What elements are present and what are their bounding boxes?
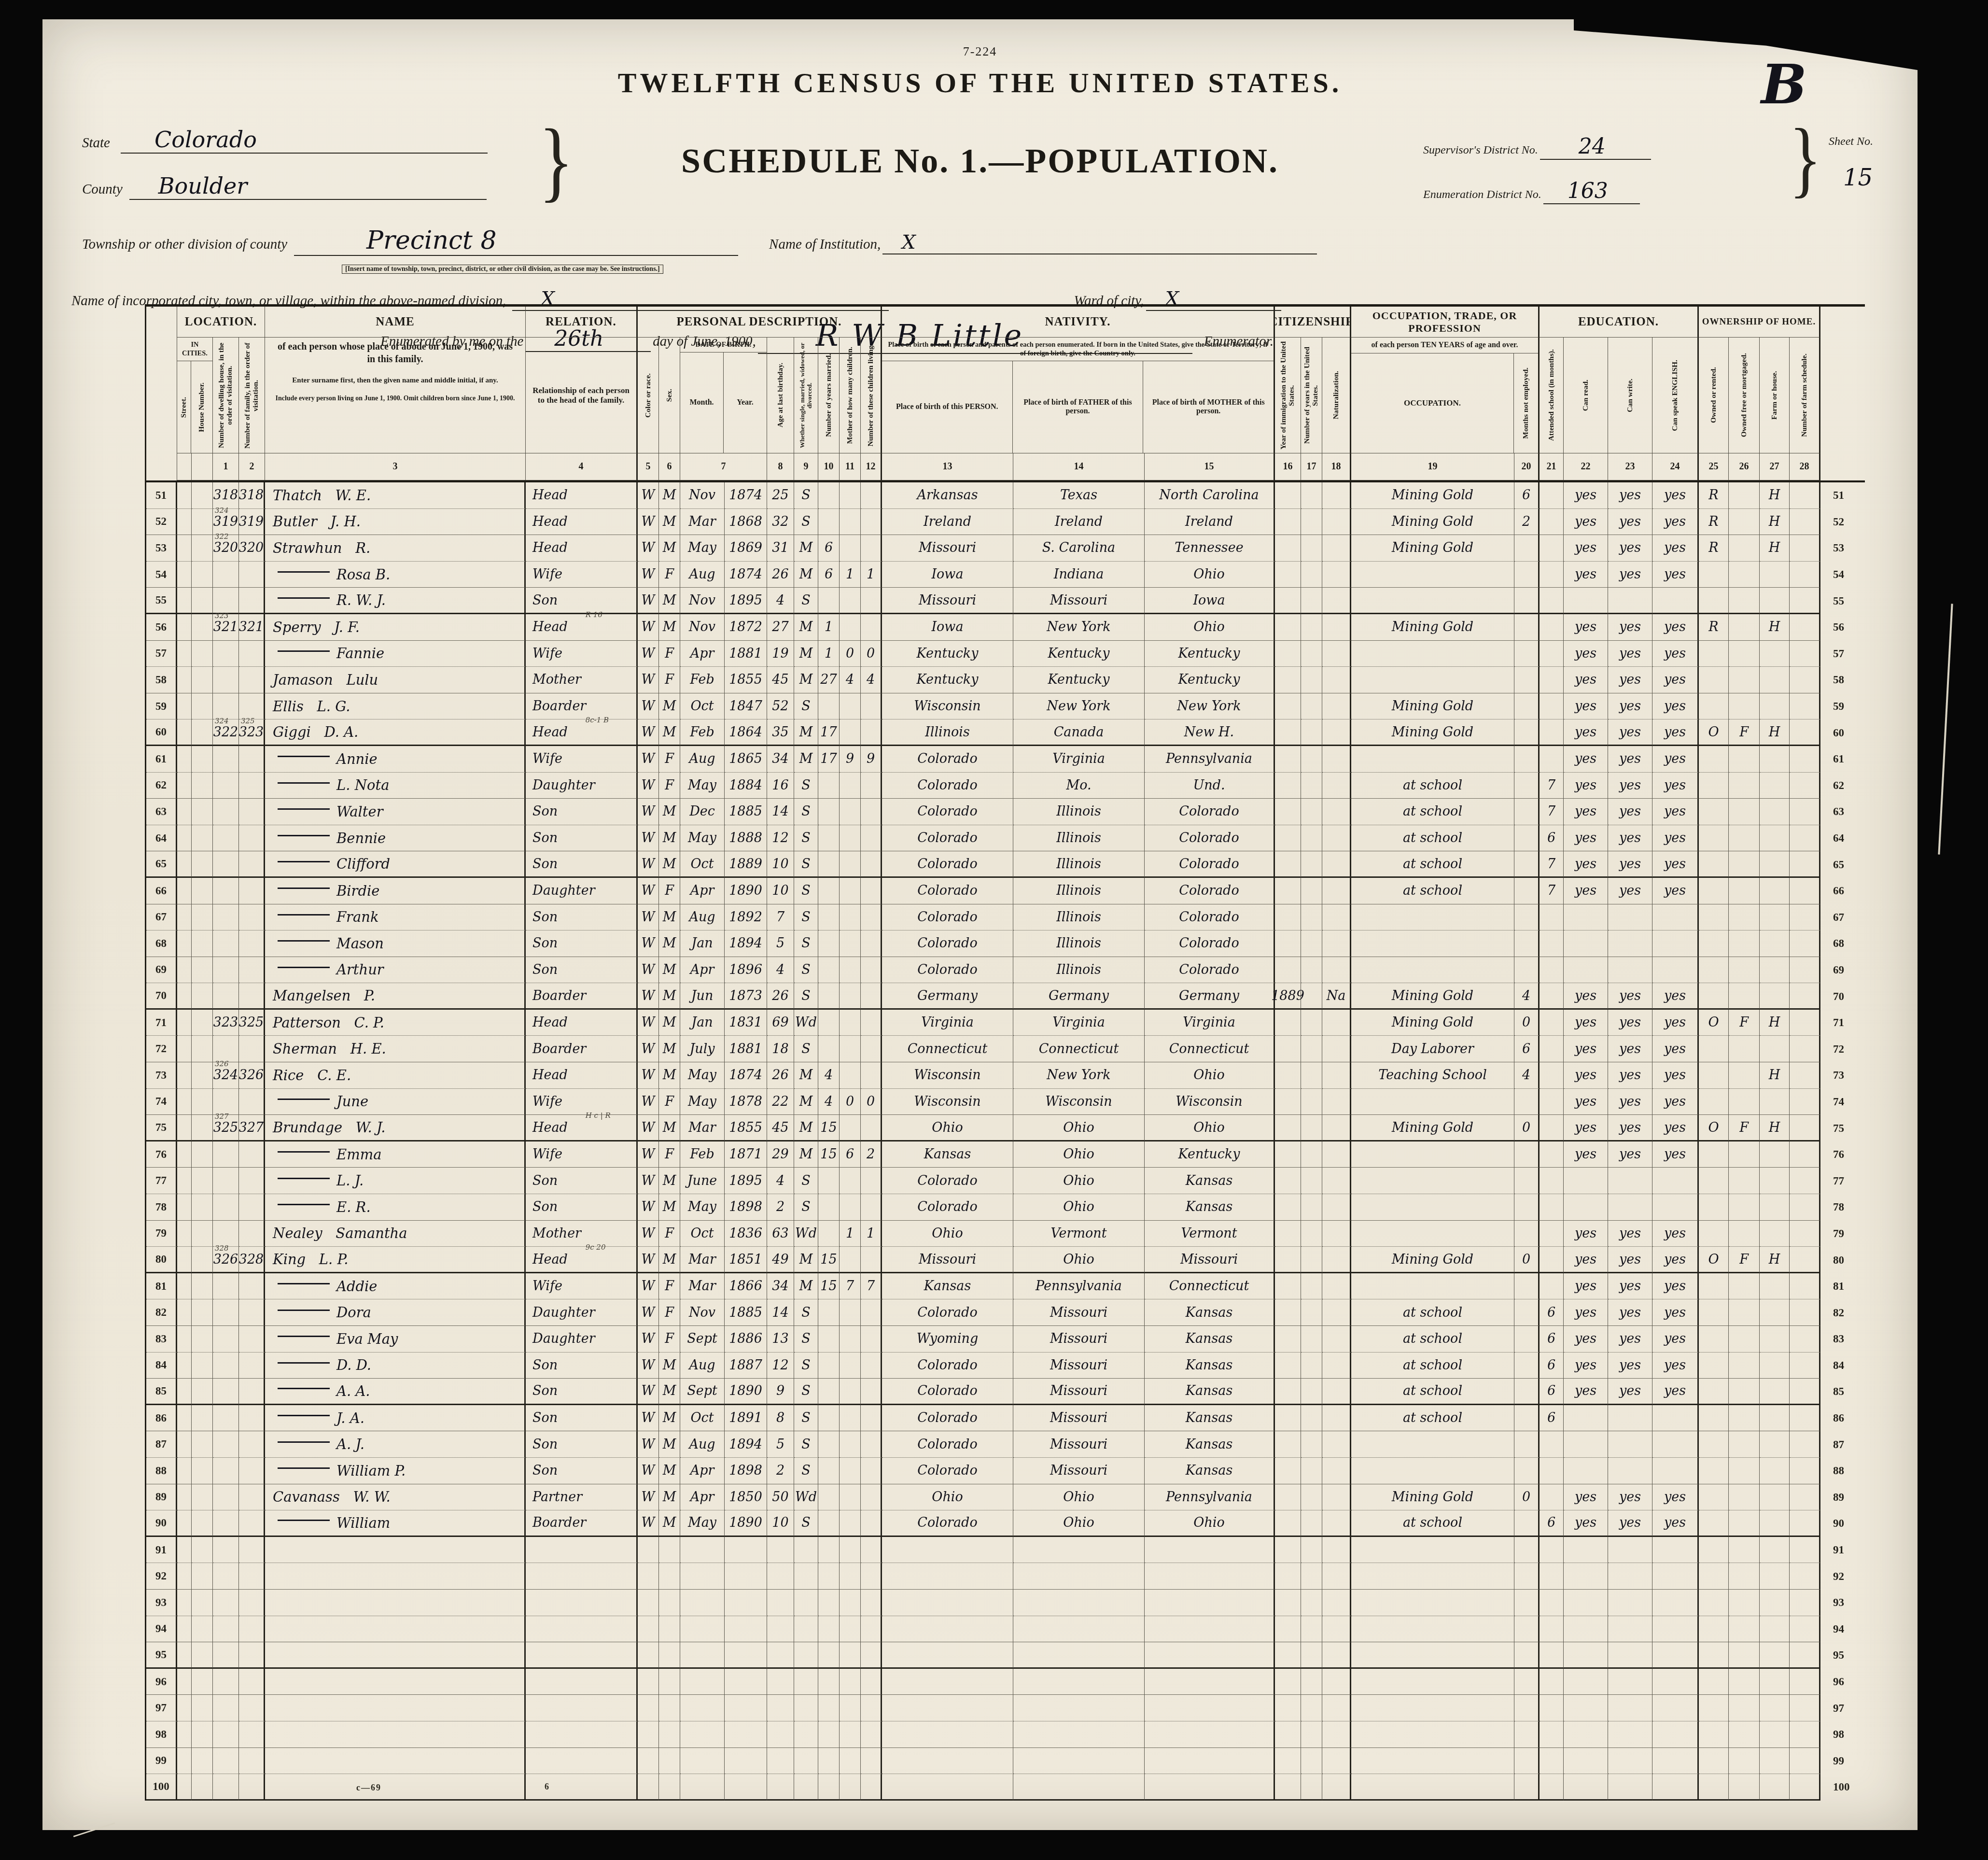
cell-by: 1847 [725,693,767,720]
col-group-personal: PERSONAL DESCRIPTION. [638,307,882,338]
cell-na [1322,1405,1351,1432]
ditto-dash [278,1388,330,1389]
cell-sc [1540,1642,1564,1669]
row-number-right: 65 [1820,851,1865,878]
cell-ym [818,1194,840,1221]
cell-sc: 7 [1540,878,1564,904]
cell-ow [1699,1299,1729,1326]
cell-by [725,1563,767,1590]
cell-dw [213,1221,239,1247]
cell-oc [1351,1089,1514,1115]
cell-im [1275,930,1301,957]
cell-fh [1760,799,1790,825]
cell-fs [1790,1748,1820,1775]
cell-name [265,1642,526,1669]
cell-pb: Illinois [882,719,1013,746]
cell-na [1322,1379,1351,1405]
cell-ch [840,1748,861,1775]
cell-ch [840,1326,861,1353]
cell-pf [1013,1537,1145,1564]
cell-en: yes [1652,878,1699,904]
cell-oc [1351,1431,1514,1458]
cell-dw [213,562,239,588]
cell-bm: June [680,1168,725,1194]
cell-ue [1514,930,1540,957]
cell-name: Eva May [265,1326,526,1353]
cell-rel: Son [526,904,638,931]
cell-c: W [638,773,659,799]
row-number-left: 60 [146,719,177,746]
cell-by: 1831 [725,1010,767,1036]
cell-c: W [638,1431,659,1458]
cell-rd: yes [1564,746,1608,773]
cell-hn [192,535,213,562]
cell-na [1322,1089,1351,1115]
cell-fs [1790,1616,1820,1643]
cell-yu [1301,983,1322,1010]
cell-st [177,773,192,799]
cell-na [1322,799,1351,825]
cell-na [1322,693,1351,720]
cell-im [1275,1431,1301,1458]
cell-oc: Mining Gold [1351,1115,1514,1141]
cell-rel [526,1563,638,1590]
cell-rd: yes [1564,482,1608,509]
cell-name: E. R. [265,1194,526,1221]
row-number-right: 51 [1820,482,1865,509]
cell-hn [192,1537,213,1564]
cell-hn [192,1141,213,1168]
table-row: 9494 [146,1616,1865,1643]
cell-oc [1351,1616,1514,1643]
cell-ow: R [1699,614,1729,641]
cell-im [1275,1115,1301,1141]
cell-pm: Wisconsin [1145,1089,1275,1115]
table-row: 79Nealey SamanthaMotherWFOct183663Wd11Oh… [146,1221,1865,1247]
cell-oc [1351,1194,1514,1221]
cell-im [1275,1563,1301,1590]
cell-ch [840,1669,861,1695]
cell-m: S [794,1458,818,1484]
cell-fh [1760,1326,1790,1353]
table-row: 66BirdieDaughterWFApr189010SColoradoIlli… [146,878,1865,904]
cell-na [1322,509,1351,535]
cell-ue [1514,1194,1540,1221]
cell-lv [861,693,882,720]
cell-yu [1301,1141,1322,1168]
row-number-left: 88 [146,1458,177,1484]
col-group-occupation: OCCUPATION, TRADE, OR PROFESSION [1351,307,1540,338]
cell-ow [1699,1405,1729,1432]
cell-oc [1351,1168,1514,1194]
cell-fh [1760,1616,1790,1643]
cell-dw [213,930,239,957]
cell-en: yes [1652,482,1699,509]
cell-fr [1729,957,1760,984]
cell-fm: 326 [239,1062,265,1089]
cell-bm: Nov [680,614,725,641]
row-number-right: 100 [1820,1774,1865,1801]
cell-bm: Jun [680,983,725,1010]
cell-bm: Oct [680,851,725,878]
cell-ow [1699,825,1729,852]
cell-lv [861,1537,882,1564]
cell-fr: F [1729,719,1760,746]
cell-lv [861,1590,882,1616]
cell-by: 1871 [725,1141,767,1168]
cell-c: W [638,1194,659,1221]
cell-sc [1540,1669,1564,1695]
cell-fh: H [1760,1010,1790,1036]
cell-dw [213,1695,239,1721]
cell-fm [239,641,265,667]
cell-pb: Colorado [882,1379,1013,1405]
row-number-right: 92 [1820,1563,1865,1590]
cell-na [1322,641,1351,667]
row-number-right: 78 [1820,1194,1865,1221]
cell-pf: S. Carolina [1013,535,1145,562]
cell-fr [1729,1563,1760,1590]
cell-im [1275,825,1301,852]
cell-pm: Pennsylvania [1145,746,1275,773]
cell-im [1275,1379,1301,1405]
table-row: 54Rosa B.WifeWFAug187426M611IowaIndianaO… [146,562,1865,588]
cell-pm: Colorado [1145,825,1275,852]
cell-wr [1608,1563,1652,1590]
cell-pb: Colorado [882,1458,1013,1484]
cell-wr [1608,1748,1652,1775]
row-number-right: 58 [1820,667,1865,693]
row-number-right: 68 [1820,930,1865,957]
cell-dw [213,1774,239,1801]
cell-fs [1790,1221,1820,1247]
cell-fs [1790,799,1820,825]
cell-m [794,1748,818,1775]
cell-c: W [638,1510,659,1537]
cell-fs [1790,588,1820,614]
cell-fm [239,588,265,614]
cell-rd: yes [1564,1353,1608,1379]
cell-st [177,1062,192,1089]
cell-s: F [659,641,680,667]
cell-pm: Colorado [1145,878,1275,904]
row-number-gutter-left [146,307,177,480]
cell-s: M [659,825,680,852]
cell-fm [239,773,265,799]
institution-value: X [902,231,915,254]
cell-fr [1729,1405,1760,1432]
cell-by: 1895 [725,1168,767,1194]
cell-pf [1013,1721,1145,1748]
cell-fs [1790,667,1820,693]
cell-ow [1699,667,1729,693]
row-number-right: 61 [1820,746,1865,773]
cell-fh [1760,693,1790,720]
table-row: 62L. NotaDaughterWFMay188416SColoradoMo.… [146,773,1865,799]
cell-fh [1760,1563,1790,1590]
supervisor-value: 24 [1579,134,1606,159]
cell-im [1275,1774,1301,1801]
cell-lv: 9 [861,746,882,773]
cell-s: M [659,1458,680,1484]
cell-im [1275,1089,1301,1115]
cell-fh: H [1760,1247,1790,1273]
cell-rd [1564,1537,1608,1564]
cell-oc [1351,1721,1514,1748]
cell-fm [239,1431,265,1458]
cell-pm: Kansas [1145,1405,1275,1432]
row-number-right: 88 [1820,1458,1865,1484]
cell-en: yes [1652,799,1699,825]
cell-rd: yes [1564,1299,1608,1326]
cell-fm [239,667,265,693]
cell-s: F [659,1326,680,1353]
cell-yu [1301,693,1322,720]
cell-fh [1760,957,1790,984]
cell-ym [818,799,840,825]
cell-en: yes [1652,983,1699,1010]
cell-ow [1699,957,1729,984]
cell-name: Bennie [265,825,526,852]
cell-hn [192,773,213,799]
cell-rel: Son [526,1168,638,1194]
cell-wr: yes [1608,799,1652,825]
cell-m [794,1590,818,1616]
cell-fm: 318 [239,482,265,509]
cell-ue [1514,562,1540,588]
cell-fm [239,1089,265,1115]
cell-pm: Pennsylvania [1145,1484,1275,1511]
cell-st [177,825,192,852]
cell-wr: yes [1608,773,1652,799]
cell-fs [1790,1353,1820,1379]
cell-pf: Missouri [1013,1405,1145,1432]
ditto-dash [278,914,330,916]
cell-s [659,1748,680,1775]
cell-ue [1514,641,1540,667]
cell-fh [1760,1590,1790,1616]
cell-im [1275,482,1301,509]
col-group-relation: RELATION. [526,307,638,338]
cell-ow [1699,1089,1729,1115]
col-header-relation: Relationship of each person to the head … [526,338,638,453]
cell-na [1322,1010,1351,1036]
cell-im [1275,1353,1301,1379]
cell-pm: Kansas [1145,1458,1275,1484]
cell-rel: Boarder [526,1036,638,1062]
cell-dw [213,1537,239,1564]
cell-fh [1760,1642,1790,1669]
cell-name: A. J. [265,1431,526,1458]
cell-st [177,1221,192,1247]
col-header-name: of each person whose place of abode on J… [265,338,526,453]
ditto-dash [278,650,330,652]
col-header-pob-father: Place of birth of FATHER of this person. [1013,361,1144,453]
cell-rel: Boarder [526,1510,638,1537]
cell-st [177,1115,192,1141]
cell-rd: yes [1564,1010,1608,1036]
cell-ue [1514,904,1540,931]
cell-ow [1699,1484,1729,1511]
cell-s: M [659,1247,680,1273]
cell-ch [840,1062,861,1089]
cell-bm: May [680,825,725,852]
cell-pb: Missouri [882,535,1013,562]
cell-rd [1564,1669,1608,1695]
row-number-left: 77 [146,1168,177,1194]
cell-m: S [794,1036,818,1062]
colno-15: 15 [1145,453,1275,480]
row-number-left: 97 [146,1695,177,1721]
cell-hn [192,1774,213,1801]
cell-hn [192,904,213,931]
cell-lv [861,983,882,1010]
cell-m: S [794,509,818,535]
cell-ue [1514,1221,1540,1247]
cell-fh [1760,1168,1790,1194]
occupation-subheader: of each person TEN YEARS of age and over… [1351,338,1540,453]
cell-rd: yes [1564,773,1608,799]
cell-oc: at school [1351,773,1514,799]
cell-ch [840,614,861,641]
cell-ym [818,957,840,984]
cell-im [1275,693,1301,720]
cell-rd [1564,1616,1608,1643]
cell-fh [1760,1669,1790,1695]
cell-by: 1890 [725,1510,767,1537]
cell-ue: 6 [1514,1036,1540,1062]
table-row: 9696 [146,1669,1865,1695]
cell-rel: Son [526,1194,638,1221]
table-row: 86J. A.SonWMOct18918SColoradoMissouriKan… [146,1405,1865,1432]
cell-bm: Aug [680,1431,725,1458]
cell-ow [1699,1563,1729,1590]
cell-rd: yes [1564,641,1608,667]
cell-ym: 4 [818,1062,840,1089]
cell-ue [1514,1089,1540,1115]
sheet-label: Sheet No. [1829,135,1873,148]
cell-st [177,1299,192,1326]
cell-im [1275,509,1301,535]
cell-s: F [659,667,680,693]
colno-26: 26 [1729,453,1760,480]
cell-pf: Ohio [1013,1115,1145,1141]
cell-pf: Ohio [1013,1168,1145,1194]
cell-yu [1301,1062,1322,1089]
row-number-right: 67 [1820,904,1865,931]
cell-c [638,1616,659,1643]
table-row: 9898 [146,1721,1865,1748]
cell-age: 49 [767,1247,794,1273]
cell-pb: Colorado [882,1431,1013,1458]
cell-by: 1891 [725,1405,767,1432]
cell-ym [818,1036,840,1062]
cell-rel: Wife [526,1141,638,1168]
cell-rel [526,1537,638,1564]
table-row: 59Ellis L. G.BoarderWMOct184752SWisconsi… [146,693,1865,720]
cell-m [794,1695,818,1721]
cell-en: yes [1652,825,1699,852]
cell-c: W [638,930,659,957]
cell-pm: Ohio [1145,562,1275,588]
cell-dw [213,1168,239,1194]
cell-m: M [794,641,818,667]
cell-c: W [638,983,659,1010]
cell-s: F [659,1089,680,1115]
cell-rel: Mother [526,667,638,693]
cell-yu [1301,1379,1322,1405]
cell-rel: Wife [526,1273,638,1300]
cell-en: yes [1652,667,1699,693]
cell-wr [1608,930,1652,957]
cell-en [1652,1590,1699,1616]
cell-hn [192,693,213,720]
cell-fh [1760,641,1790,667]
cell-bm [680,1721,725,1748]
cell-lv: 1 [861,562,882,588]
cell-ue: 0 [1514,1247,1540,1273]
cell-st [177,1194,192,1221]
row-number-left: 56 [146,614,177,641]
cell-en: yes [1652,509,1699,535]
cell-ym: 17 [818,719,840,746]
cell-dw [213,1326,239,1353]
cell-hn [192,1247,213,1273]
cell-fm [239,1141,265,1168]
cell-en: yes [1652,1062,1699,1089]
cell-ow [1699,641,1729,667]
cell-ym: 1 [818,614,840,641]
cell-name: J. A. [265,1405,526,1432]
cell-yu [1301,1405,1322,1432]
cell-fs [1790,1484,1820,1511]
cell-pm [1145,1616,1275,1643]
cell-oc [1351,930,1514,957]
cell-im [1275,1721,1301,1748]
cell-ch: 1 [840,1221,861,1247]
cell-name: Annie [265,746,526,773]
cell-age: 9 [767,1379,794,1405]
cell-en: yes [1652,719,1699,746]
cell-ym: 15 [818,1141,840,1168]
cell-m: S [794,1353,818,1379]
cell-hn [192,1669,213,1695]
table-row: 78E. R.SonWMMay18982SColoradoOhioKansas7… [146,1194,1865,1221]
colno-14: 14 [1013,453,1145,480]
cell-lv [861,904,882,931]
cell-rd: yes [1564,614,1608,641]
cell-rd: yes [1564,667,1608,693]
cell-yu [1301,719,1322,746]
cell-s: M [659,1062,680,1089]
cell-hn [192,1510,213,1537]
cell-fm [239,1590,265,1616]
cell-ch [840,1616,861,1643]
cell-ow: O [1699,719,1729,746]
cell-st [177,588,192,614]
table-row: 83Eva MayDaughterWFSept188613SWyomingMis… [146,1326,1865,1353]
cell-oc: Mining Gold [1351,1010,1514,1036]
cell-sc [1540,904,1564,931]
row-number-left: 79 [146,1221,177,1247]
cell-fr [1729,1036,1760,1062]
cell-st [177,1537,192,1564]
cell-pb: Colorado [882,1194,1013,1221]
cell-m: Wd [794,1010,818,1036]
cell-fs [1790,930,1820,957]
table-row: 9191 [146,1537,1865,1564]
cell-ow: R [1699,482,1729,509]
